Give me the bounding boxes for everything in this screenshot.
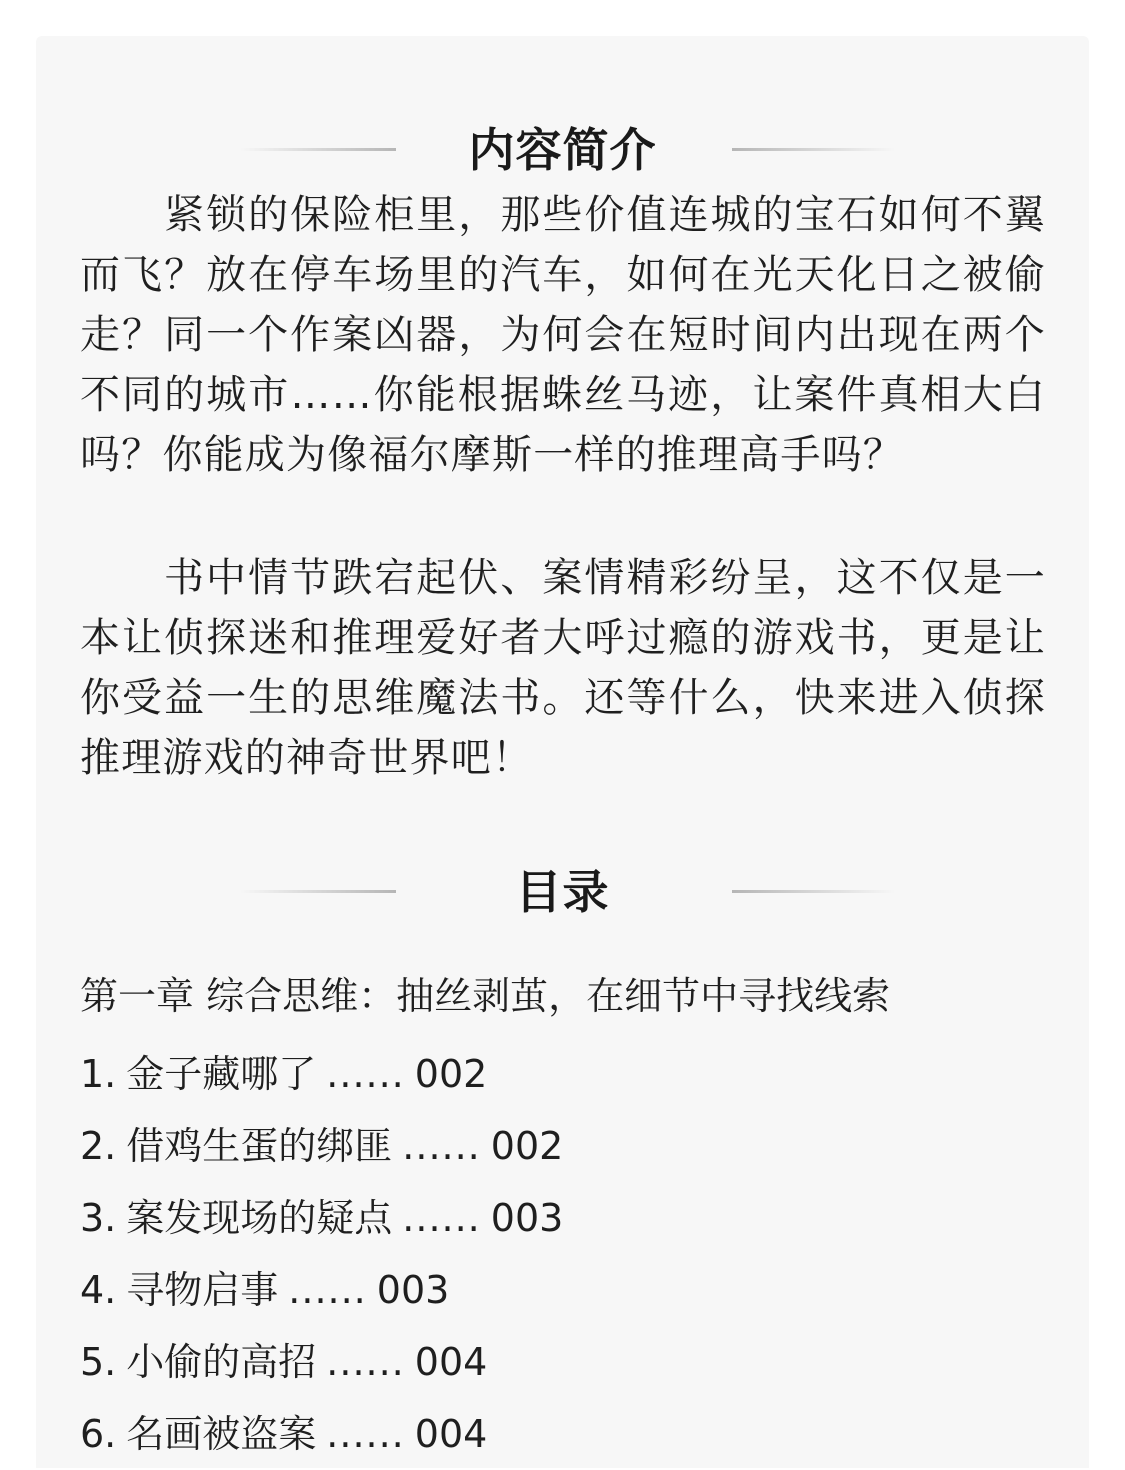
toc-item-leader: ......: [402, 1196, 480, 1240]
toc-item-page: 002: [415, 1052, 488, 1096]
toc-item[interactable]: 5.小偷的高招......004: [80, 1326, 573, 1398]
toc-item-number: 3.: [80, 1196, 116, 1240]
toc-item-leader: ......: [326, 1052, 404, 1096]
toc-section-header: 目录: [0, 862, 1125, 922]
toc-item-page: 003: [377, 1268, 450, 1312]
toc-item[interactable]: 4.寻物启事......003: [80, 1254, 573, 1326]
toc-item[interactable]: 3.案发现场的疑点......003: [80, 1182, 573, 1254]
toc-item[interactable]: 2.借鸡生蛋的绑匪......002: [80, 1110, 573, 1182]
toc-heading: 目录: [0, 862, 1125, 922]
toc-item-number: 5.: [80, 1340, 116, 1384]
intro-paragraph-2: 书中情节跌宕起伏、案情精彩纷呈，这不仅是一本让侦探迷和推理爱好者大呼过瘾的游戏书…: [80, 548, 1046, 788]
toc-item-number: 4.: [80, 1268, 116, 1312]
divider-line-right: [732, 148, 895, 151]
chapter-title: 第一章 综合思维：抽丝剥茧，在细节中寻找线索: [80, 966, 890, 1026]
toc-item-title: 案发现场的疑点: [126, 1196, 392, 1240]
toc-item-page: 003: [491, 1196, 564, 1240]
toc-item-title: 借鸡生蛋的绑匪: [126, 1124, 392, 1168]
toc-item-number: 6.: [80, 1412, 116, 1456]
toc-item[interactable]: 1.金子藏哪了......002: [80, 1038, 573, 1110]
toc-list: 1.金子藏哪了......002 2.借鸡生蛋的绑匪......002 3.案发…: [80, 1038, 573, 1470]
toc-item-title: 寻物启事: [126, 1268, 278, 1312]
toc-item-page: 002: [491, 1124, 564, 1168]
toc-item-leader: ......: [402, 1124, 480, 1168]
toc-item-number: 2.: [80, 1124, 116, 1168]
toc-item-leader: ......: [288, 1268, 366, 1312]
intro-section-header: 内容简介: [0, 120, 1125, 180]
toc-item-number: 1.: [80, 1052, 116, 1096]
toc-item-title: 小偷的高招: [126, 1340, 316, 1384]
intro-heading: 内容简介: [0, 120, 1125, 180]
toc-item-leader: ......: [326, 1340, 404, 1384]
toc-item-page: 004: [415, 1412, 488, 1456]
intro-paragraph-1: 紧锁的保险柜里，那些价值连城的宝石如何不翼而飞？放在停车场里的汽车，如何在光天化…: [80, 185, 1046, 485]
toc-item-title: 名画被盗案: [126, 1412, 316, 1456]
toc-item-page: 004: [415, 1340, 488, 1384]
toc-item[interactable]: 6.名画被盗案......004: [80, 1398, 573, 1470]
toc-item-title: 金子藏哪了: [126, 1052, 316, 1096]
toc-item-leader: ......: [326, 1412, 404, 1456]
divider-line-right: [732, 890, 895, 893]
